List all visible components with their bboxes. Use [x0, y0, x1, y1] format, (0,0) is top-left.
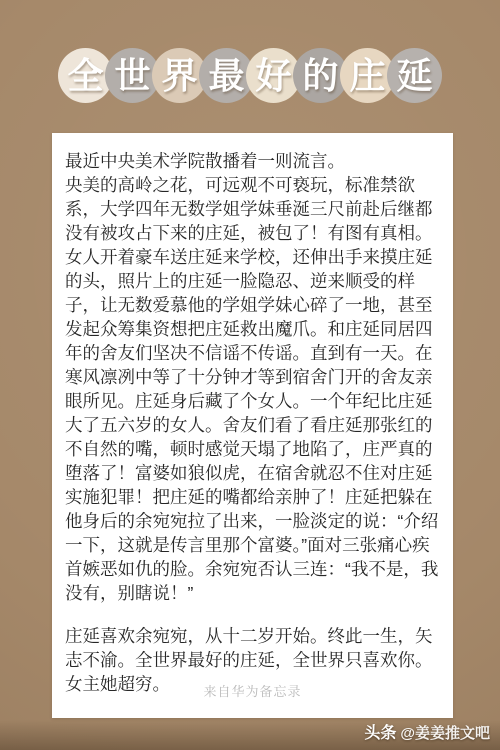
title-char-glyph-5: 的 — [302, 58, 338, 94]
watermark: 头条@姜姜推文吧 — [364, 720, 490, 743]
title-char-glyph-7: 延 — [396, 58, 432, 94]
memo-source-label: 来自华为备忘录 — [52, 681, 453, 700]
title: 全 世 界 最 好 的 庄 延 — [0, 48, 500, 103]
title-circle-7: 延 — [387, 48, 442, 103]
title-char-glyph-0: 全 — [67, 58, 103, 94]
title-char-glyph-3: 最 — [208, 58, 244, 94]
toutiao-brand-label: 头条 — [364, 725, 396, 742]
title-char-glyph-2: 界 — [161, 58, 197, 94]
title-char-glyph-4: 好 — [255, 58, 291, 94]
title-char-glyph-6: 庄 — [349, 58, 385, 94]
promo-image: 全 世 界 最 好 的 庄 延 最近中央美术学院散播着一则流言。 央美的高岭之花… — [0, 0, 500, 750]
paragraph-intro: 最近中央美术学院散播着一则流言。 — [65, 149, 440, 173]
title-char-glyph-1: 世 — [114, 58, 150, 94]
memo-card: 最近中央美术学院散播着一则流言。 央美的高岭之花，可远观不可亵玩，标准禁欲系，大… — [52, 133, 453, 718]
watermark-handle: @姜姜推文吧 — [400, 725, 490, 742]
paragraph-story: 央美的高岭之花，可远观不可亵玩，标准禁欲系，大学四年无数学姐学妹垂涎三尺前赴后继… — [65, 173, 440, 605]
